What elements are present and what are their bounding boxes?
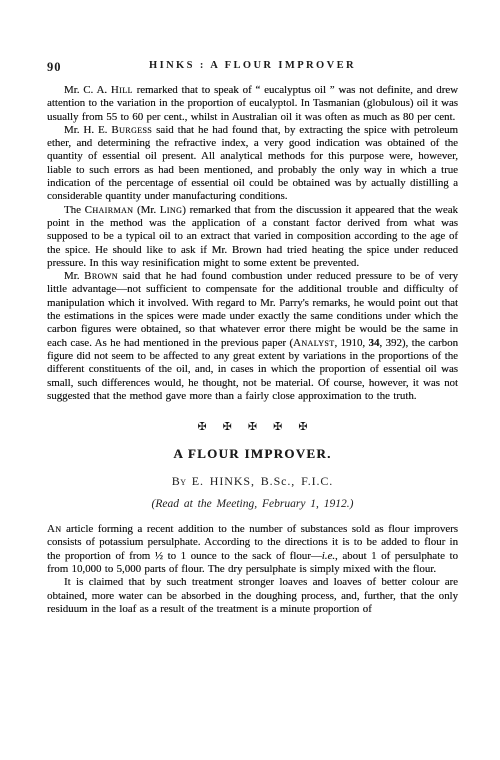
text-run: 34 (369, 337, 380, 349)
page-number: 90 (47, 60, 62, 75)
running-title: HINKS : A FLOUR IMPROVER (47, 60, 458, 71)
text-run: Mr. C. A. (64, 84, 111, 96)
text-run: An (47, 523, 61, 535)
article-title: A FLOUR IMPROVER. (47, 446, 458, 462)
paragraph-chairman-remark: The Chairman (Mr. Ling) remarked that fr… (47, 204, 458, 270)
paragraph-brown-remark: Mr. Brown said that he had found combust… (47, 270, 458, 403)
text-run: E. HINKS, B.Sc., F.I.C. (192, 474, 333, 488)
paragraph-article-intro: An article forming a recent addition to … (47, 523, 458, 576)
text-run: (Mr. (133, 204, 159, 216)
text-run: By (172, 474, 192, 488)
text-run: Ling (160, 204, 182, 216)
text-run: Mr. H. E. (64, 124, 111, 136)
paragraph-hill-remark: Mr. C. A. Hill remarked that to speak of… (47, 84, 458, 124)
article-byline: By E. HINKS, B.Sc., F.I.C. (47, 474, 458, 489)
text-run: It is claimed that by such treatment str… (47, 576, 458, 615)
paragraph-burgess-remark: Mr. H. E. Burgess said that he had found… (47, 124, 458, 204)
text-run: Analyst (293, 337, 334, 349)
text-run: Hill (111, 84, 133, 96)
text-run: Burgess (111, 124, 152, 136)
text-run: Brown (84, 270, 118, 282)
scanned-journal-page: 90 HINKS : A FLOUR IMPROVER Mr. C. A. Hi… (0, 0, 500, 760)
text-run: Chairman (85, 204, 134, 216)
text-run: Mr. (64, 270, 84, 282)
meeting-note: (Read at the Meeting, February 1, 1912.) (47, 498, 458, 510)
text-run: , 1910, (334, 337, 368, 349)
text-run: The (64, 204, 85, 216)
text-run: i.e. (322, 550, 335, 562)
page-header: 90 HINKS : A FLOUR IMPROVER (47, 60, 458, 75)
cross-ornament-separator: ✠✠✠✠✠ (47, 420, 458, 433)
paragraph-article-claims: It is claimed that by such treatment str… (47, 576, 458, 616)
